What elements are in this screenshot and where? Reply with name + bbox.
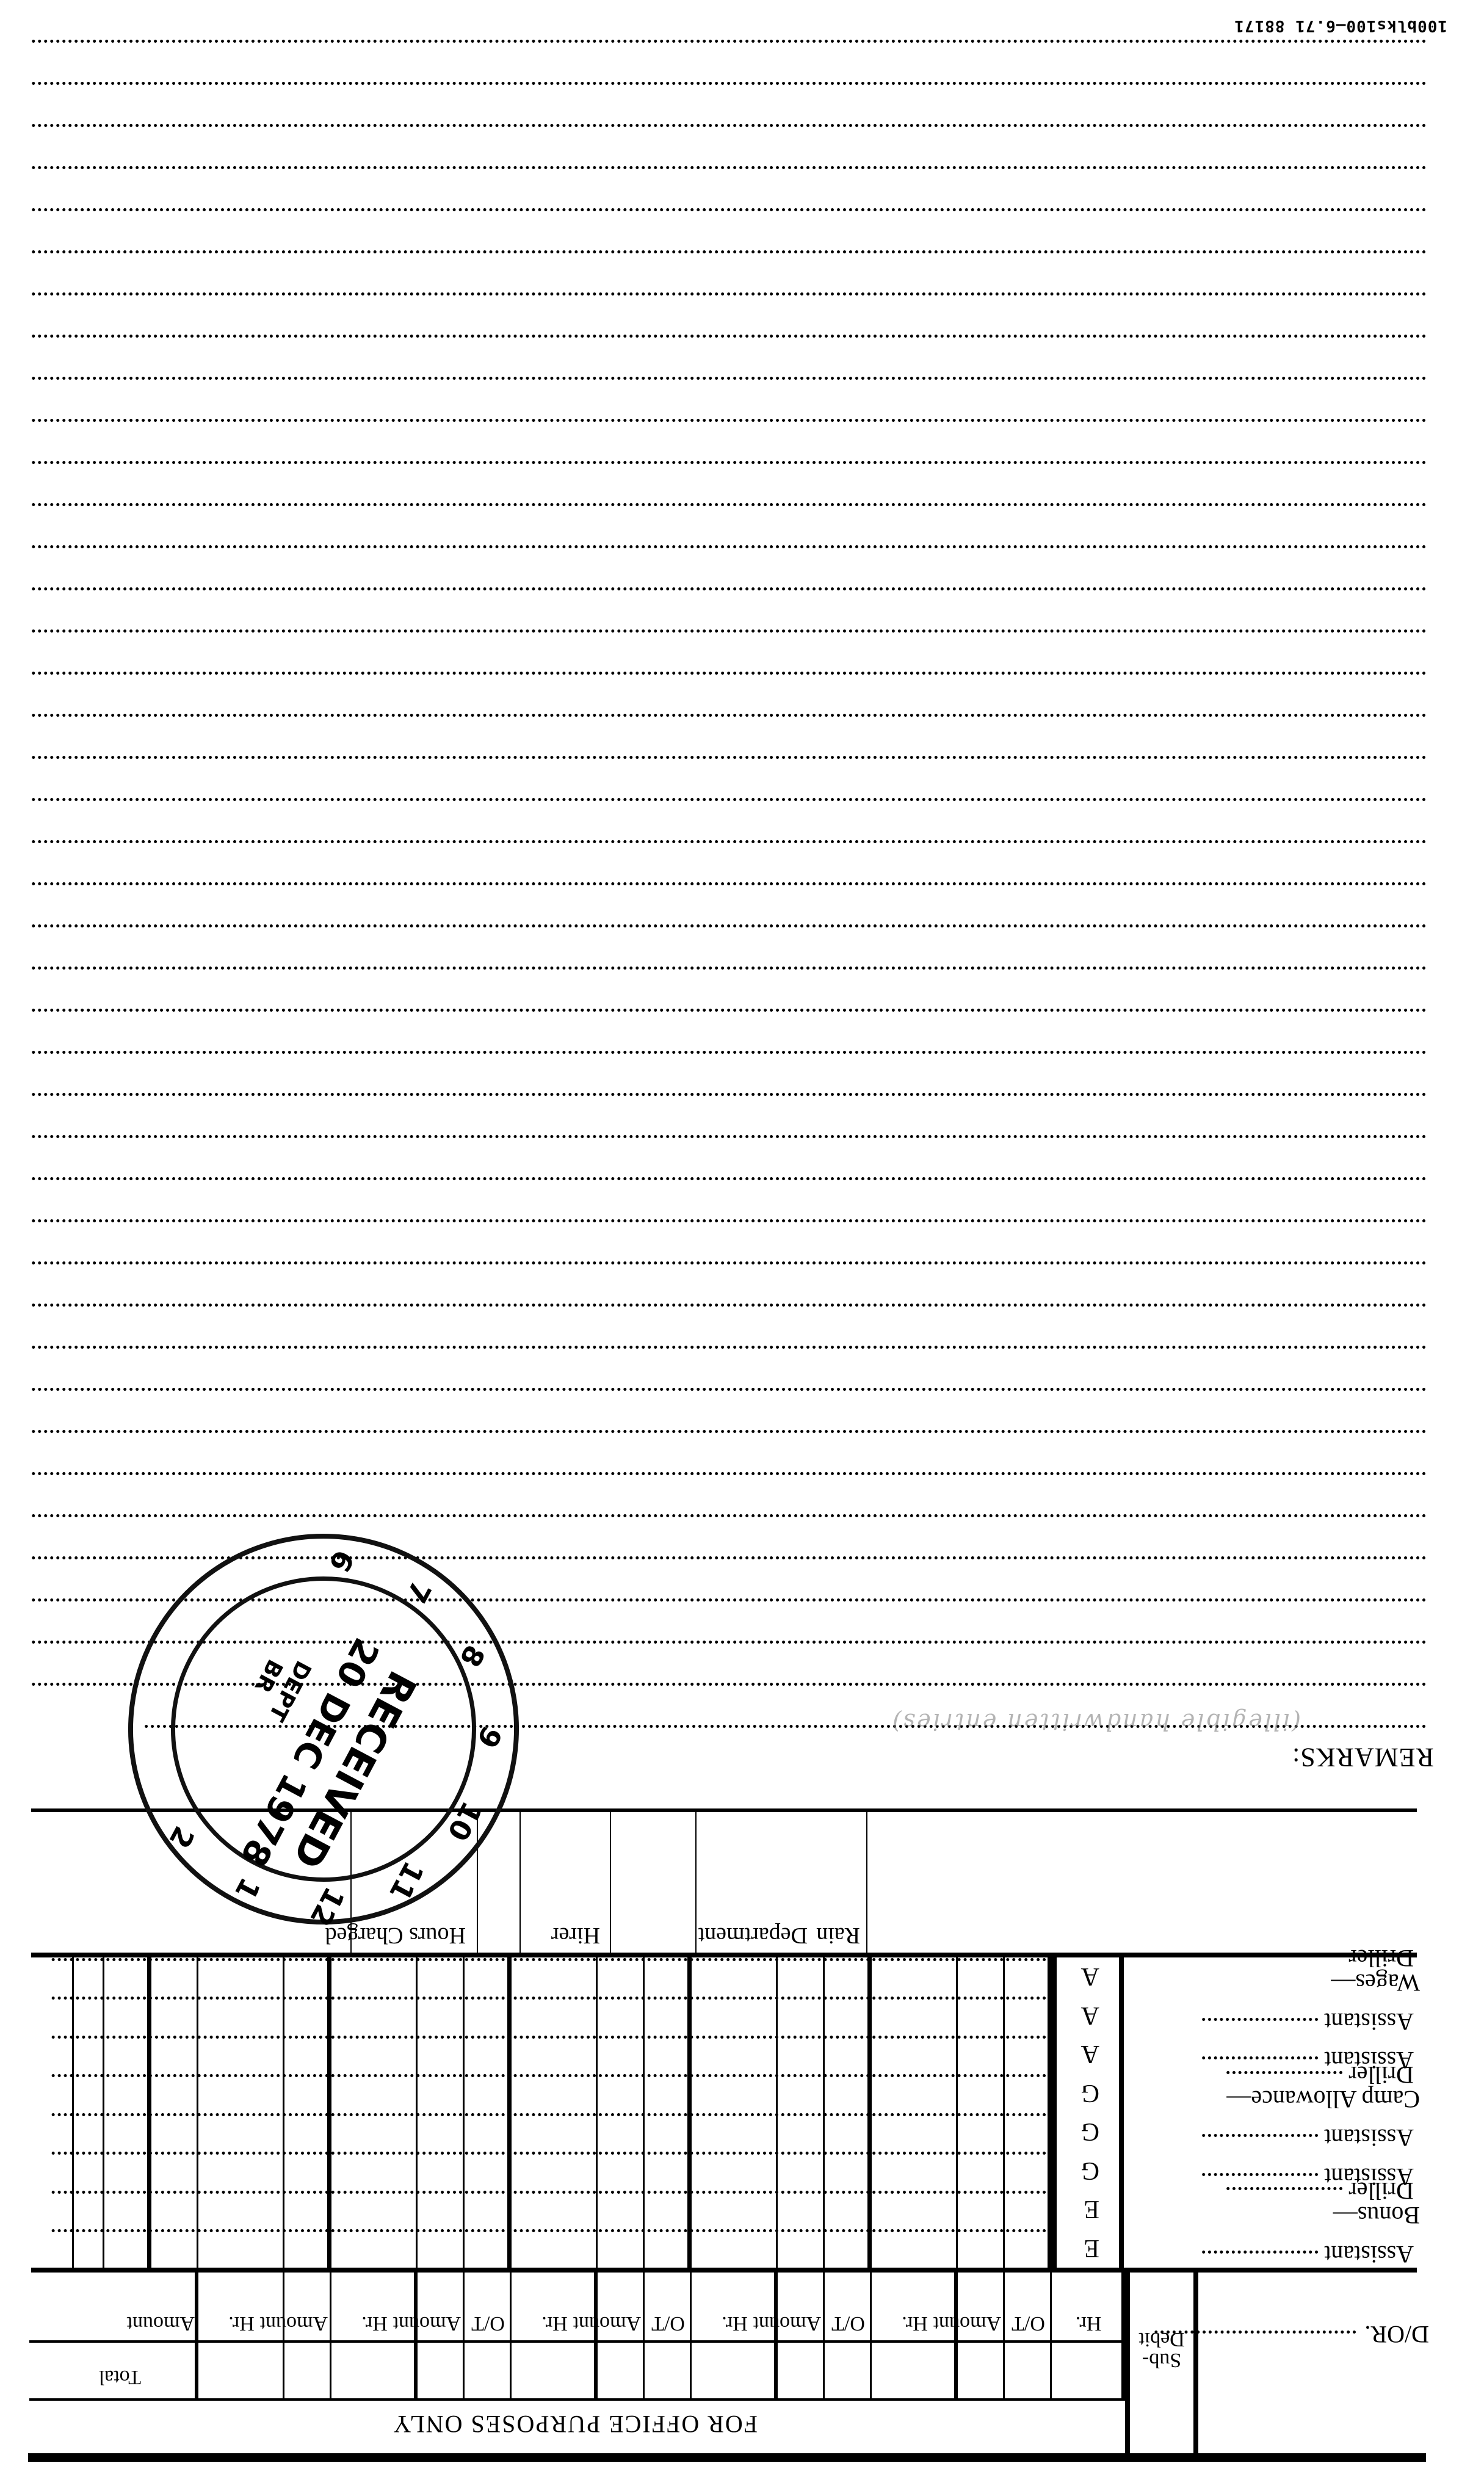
col-header-department: Department: [698, 1922, 808, 1949]
office-col-header: O/T: [1008, 2312, 1048, 2335]
ruled-line: [31, 40, 1425, 43]
bottom-thick-rule: [28, 2453, 1426, 2462]
grid-divider: [72, 1957, 74, 2268]
office-col-divider: [643, 2269, 645, 2401]
row-code: A: [1081, 1962, 1099, 1992]
grid-divider: [823, 1957, 825, 2268]
grid-divider: [867, 1957, 872, 2268]
ruled-line: [31, 840, 1425, 843]
row-dotted-line: [51, 2191, 1052, 2194]
ruled-line: [31, 1093, 1425, 1096]
ruled-line: [31, 292, 1425, 296]
ruled-line: [31, 587, 1425, 590]
stamp-ring-number: 2: [160, 1816, 203, 1859]
ruled-line: [31, 1514, 1425, 1517]
ruled-line: [31, 166, 1425, 169]
grid-divider: [1052, 1957, 1057, 2268]
ruled-line: [31, 629, 1425, 633]
office-col-divider: [690, 2269, 692, 2401]
row-label: Bonus—Driller: [1226, 2179, 1420, 2228]
ruled-line: [31, 1219, 1425, 1222]
grid-divider: [147, 1957, 151, 2268]
office-col-header: O/T: [828, 2312, 868, 2335]
ruled-line: [31, 1304, 1425, 1307]
ruled-line: [31, 756, 1425, 759]
office-col-header: Hr.: [515, 2312, 594, 2335]
office-col-divider: [414, 2269, 418, 2401]
total-label: Total: [99, 2365, 141, 2389]
row-dotted-line: [51, 1958, 1052, 1961]
office-col-header: Amount: [781, 2312, 821, 2335]
office-col-divider: [463, 2269, 465, 2401]
office-col-header: Amount: [421, 2312, 461, 2335]
office-header-rule: [29, 2398, 1125, 2401]
sub-debit-label: Sub-Debit: [1130, 2329, 1193, 2370]
grid-divider: [416, 1957, 418, 2268]
col-header-hours-charged: Hours Charged: [325, 1922, 466, 1949]
row-dotted-line: [51, 2230, 1052, 2233]
ruled-line: [31, 1472, 1425, 1475]
office-col-divider: [1121, 2269, 1125, 2401]
ruled-line: [31, 1177, 1425, 1180]
sub-debit-divider-left: [1193, 2269, 1198, 2456]
row-dotted-line: [51, 2113, 1052, 2116]
office-col-header: Amount: [961, 2312, 1001, 2335]
ruled-line: [31, 335, 1425, 338]
office-col-header: Amount: [288, 2312, 328, 2335]
row-label: Assistant: [1202, 2242, 1420, 2266]
ruled-line: [31, 250, 1425, 253]
row-code: A: [1081, 2040, 1099, 2069]
ruled-line: [31, 545, 1425, 548]
row-code: G: [1081, 2156, 1099, 2185]
office-col-divider: [823, 2269, 825, 2401]
divider: [866, 1812, 867, 1953]
office-col-header: Hr.: [875, 2312, 954, 2335]
office-col-header: Hr.: [1055, 2312, 1121, 2335]
ruled-line: [31, 1430, 1425, 1433]
row-code: A: [1081, 2001, 1099, 2030]
row-label: Camp Allowance—Driller: [1226, 2062, 1420, 2111]
office-col-divider: [1003, 2269, 1005, 2401]
ruled-line: [31, 1346, 1425, 1349]
stamp-ring-number: 12: [308, 1882, 351, 1924]
grid-divider: [643, 1957, 645, 2268]
ruled-line: [31, 1009, 1425, 1012]
grid-divider: [1119, 1957, 1124, 2268]
ruled-line: [31, 461, 1425, 464]
office-col-header: O/T: [648, 2312, 688, 2335]
row-label: Wages—Driller: [1226, 1946, 1420, 1995]
grid-divider: [463, 1957, 465, 2268]
divider: [695, 1812, 697, 1953]
ruled-line: [31, 714, 1425, 717]
office-col-header: Amount: [155, 2312, 195, 2335]
ruled-line: [31, 798, 1425, 801]
grid-divider: [687, 1957, 692, 2268]
office-col-header: Hr.: [202, 2312, 281, 2335]
ruled-line: [31, 672, 1425, 675]
col-header-rain-visible: Rain: [816, 1922, 860, 1949]
office-col-divider: [774, 2269, 778, 2401]
row-label: Assistant: [1202, 2009, 1420, 2034]
ruled-line: [31, 924, 1425, 927]
row-code: E: [1084, 2195, 1099, 2224]
row-code: G: [1081, 2117, 1099, 2147]
ruled-line: [31, 882, 1425, 885]
remarks-label: REMARKS:: [1292, 1742, 1434, 1773]
scanned-form-sheet: 100blks100—6.71 88171 REMARKS: (illegibl…: [0, 0, 1484, 2474]
office-col-header: Amount: [601, 2312, 641, 2335]
office-header-rule: [29, 2340, 1125, 2343]
header-bottom-rule: [31, 1953, 1417, 1957]
ruled-line: [31, 1135, 1425, 1138]
ruled-line: [31, 967, 1425, 970]
row-code: G: [1081, 2078, 1099, 2108]
col-header-hirer: Hirer: [551, 1922, 600, 1949]
office-col-divider: [594, 2269, 598, 2401]
ruled-line: [31, 503, 1425, 506]
ruled-line: [31, 208, 1425, 211]
grid-divider: [103, 1957, 104, 2268]
grid-divider: [1003, 1957, 1005, 2268]
office-col-divider: [510, 2269, 512, 2401]
grid-divider: [197, 1957, 198, 2268]
print-code: 100blks100—6.71 88171: [1234, 16, 1447, 35]
row-label: Assistant: [1202, 2126, 1420, 2150]
office-col-header: Hr.: [695, 2312, 774, 2335]
ruled-line: [31, 1261, 1425, 1264]
row-dotted-line: [51, 2075, 1052, 2078]
ruled-line: [31, 1388, 1425, 1391]
grid-divider: [507, 1957, 512, 2268]
office-col-divider: [283, 2269, 284, 2401]
stamp-ring-number: 1: [226, 1868, 269, 1910]
divider: [610, 1812, 611, 1953]
grid-divider: [1048, 1957, 1052, 2268]
grid-divider: [776, 1957, 778, 2268]
ruled-line: [31, 377, 1425, 380]
rows-bottom-rule: [31, 2268, 1417, 2273]
sub-debit-divider-right: [1125, 2269, 1130, 2456]
grid-divider: [596, 1957, 598, 2268]
office-footer: FOR OFFICE PURPOSES ONLY: [392, 2410, 758, 2439]
office-col-divider: [1050, 2269, 1052, 2401]
office-col-header: O/T: [468, 2312, 508, 2335]
ruled-line: [31, 82, 1425, 85]
grid-divider: [283, 1957, 284, 2268]
divider: [519, 1812, 521, 1953]
row-code: E: [1084, 2233, 1099, 2263]
office-col-divider: [330, 2269, 331, 2401]
ruled-line: [31, 1051, 1425, 1054]
office-col-divider: [870, 2269, 872, 2401]
grid-divider: [956, 1957, 958, 2268]
office-col-header: Hr.: [335, 2312, 414, 2335]
office-col-divider: [954, 2269, 958, 2401]
row-dotted-line: [51, 1997, 1052, 2000]
ruled-line: [31, 124, 1425, 127]
row-dotted-line: [51, 2036, 1052, 2039]
row-dotted-line: [51, 2152, 1052, 2155]
handwritten-note: (illegible handwritten entries): [891, 1708, 1301, 1735]
grid-divider: [327, 1957, 331, 2268]
ruled-line: [31, 419, 1425, 422]
office-col-divider: [195, 2269, 198, 2401]
received-stamp: RECEIVED 20 DEC 1978 DEPT BR 67891011121…: [59, 1465, 588, 1993]
